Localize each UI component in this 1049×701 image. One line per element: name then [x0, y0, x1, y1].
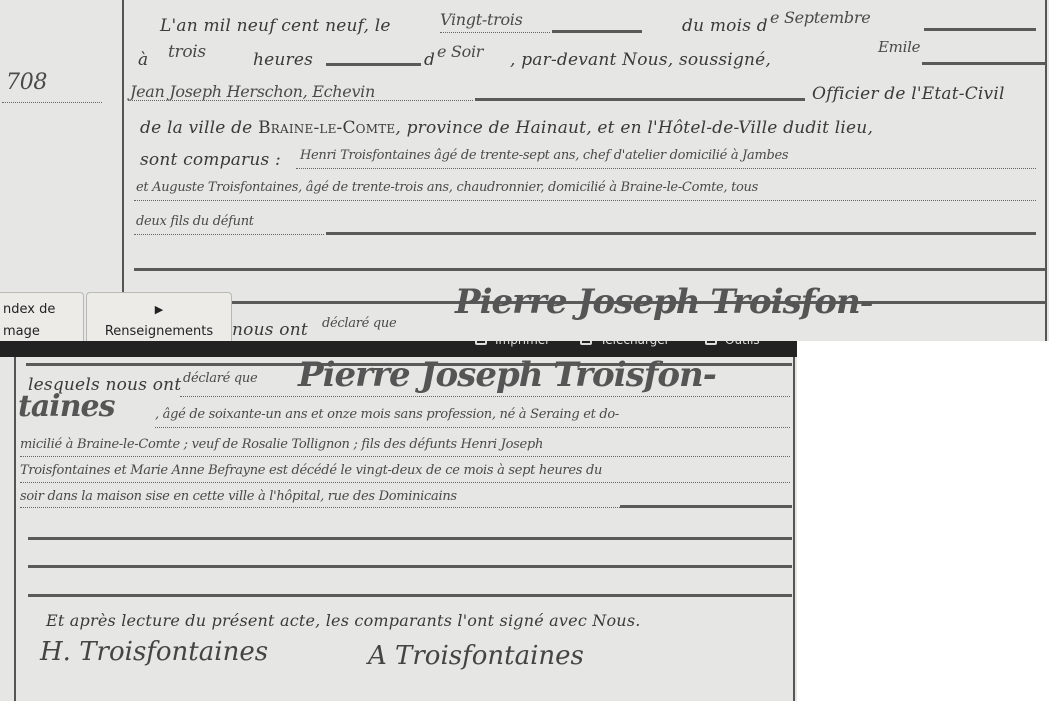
- printed-text: à: [138, 50, 148, 70]
- handwritten-text: Jean Joseph Herschon, Echevin: [130, 82, 375, 101]
- margin-rule: [14, 341, 16, 701]
- printed-text: sont comparus :: [140, 150, 281, 170]
- dotted-rule: [128, 100, 473, 101]
- print-button[interactable]: Imprimer: [475, 341, 550, 347]
- signature: H. Troisfontaines: [40, 637, 268, 667]
- margin-number: 708: [6, 70, 47, 95]
- dotted-rule: [134, 234, 324, 235]
- handwritten-text: et Auguste Troisfontaines, âgé de trente…: [136, 180, 758, 195]
- handwritten-text: Emile: [878, 38, 920, 56]
- handwritten-text: Vingt-trois: [440, 10, 523, 29]
- fill-rule: [475, 98, 805, 101]
- dotted-rule: [440, 32, 550, 33]
- printed-text: de la ville de Braine-le-Comte, province…: [140, 118, 873, 138]
- fill-rule: [552, 30, 642, 33]
- printed-text: heures: [253, 50, 313, 70]
- handwritten-text: deux fils du défunt: [136, 214, 254, 229]
- handwritten-name-large: taines: [18, 389, 114, 424]
- handwritten-text: micilié à Braine-le-Comte ; veuf de Rosa…: [20, 437, 543, 452]
- tab-image-index[interactable]: ndex de mage: [0, 292, 84, 341]
- printed-text: Officier de l'Etat-Civil: [812, 84, 1005, 104]
- handwritten-text: Henri Troisfontaines âgé de trente-sept …: [300, 148, 788, 163]
- dotted-rule: [296, 168, 1036, 169]
- handwritten-text: trois: [168, 42, 206, 62]
- document-image-lower[interactable]: lesquels nous ont déclaré que Pierre Jos…: [0, 341, 797, 701]
- triangle-right-icon: ▶: [87, 303, 231, 316]
- handwritten-text: e Septembre: [770, 8, 870, 27]
- dotted-rule: [180, 396, 790, 397]
- print-icon: [475, 341, 487, 345]
- document-image-upper[interactable]: 708 L'an mil neuf cent neuf, le Vingt-tr…: [0, 0, 1049, 341]
- signature: A Troisfontaines: [368, 641, 584, 671]
- handwritten-name-large: Pierre Joseph Troisfon-: [455, 282, 873, 322]
- viewer-toolbar: Imprimer Télécharger Outils: [0, 341, 797, 357]
- download-icon: [580, 341, 592, 345]
- fill-rule: [922, 62, 1046, 65]
- right-border-rule: [793, 341, 795, 701]
- printed-text: L'an mil neuf cent neuf, le: [160, 16, 391, 36]
- fill-rule: [134, 268, 1046, 271]
- printed-text: , par-devant Nous, soussigné,: [510, 50, 771, 70]
- printed-text: nous ont: [232, 320, 308, 340]
- dotted-rule: [20, 456, 790, 457]
- handwritten-text: Troisfontaines et Marie Anne Befrayne es…: [20, 463, 602, 478]
- printed-text: du mois d: [682, 16, 768, 36]
- dotted-rule: [134, 200, 1036, 201]
- fill-rule: [28, 565, 792, 568]
- tools-button[interactable]: Outils: [705, 341, 760, 347]
- handwritten-text: , âgé de soixante-un ans et onze mois sa…: [155, 407, 619, 422]
- dotted-rule: [20, 507, 620, 508]
- right-border-rule: [1045, 0, 1047, 341]
- printed-text: d: [424, 50, 435, 70]
- handwritten-name-large: Pierre Joseph Troisfon-: [298, 355, 716, 395]
- fill-rule: [326, 232, 1036, 235]
- dotted-rule: [2, 102, 102, 103]
- download-button[interactable]: Télécharger: [580, 341, 670, 347]
- fill-rule: [924, 28, 1036, 31]
- fill-rule: [620, 505, 792, 508]
- dotted-rule: [20, 482, 790, 483]
- printed-text: Et après lecture du présent acte, les co…: [46, 611, 641, 630]
- dotted-rule: [155, 427, 790, 428]
- margin-rule: [122, 0, 124, 292]
- handwritten-text: soir dans la maison sise en cette ville …: [20, 489, 457, 504]
- handwritten-text: e Soir: [437, 42, 483, 61]
- tools-icon: [705, 341, 717, 345]
- tab-renseignements[interactable]: ▶ Renseignements: [86, 292, 232, 341]
- fill-rule: [28, 537, 792, 540]
- fill-rule: [326, 63, 421, 66]
- handwritten-text: déclaré que: [322, 316, 396, 331]
- handwritten-text: déclaré que: [183, 371, 257, 386]
- fill-rule: [28, 594, 792, 597]
